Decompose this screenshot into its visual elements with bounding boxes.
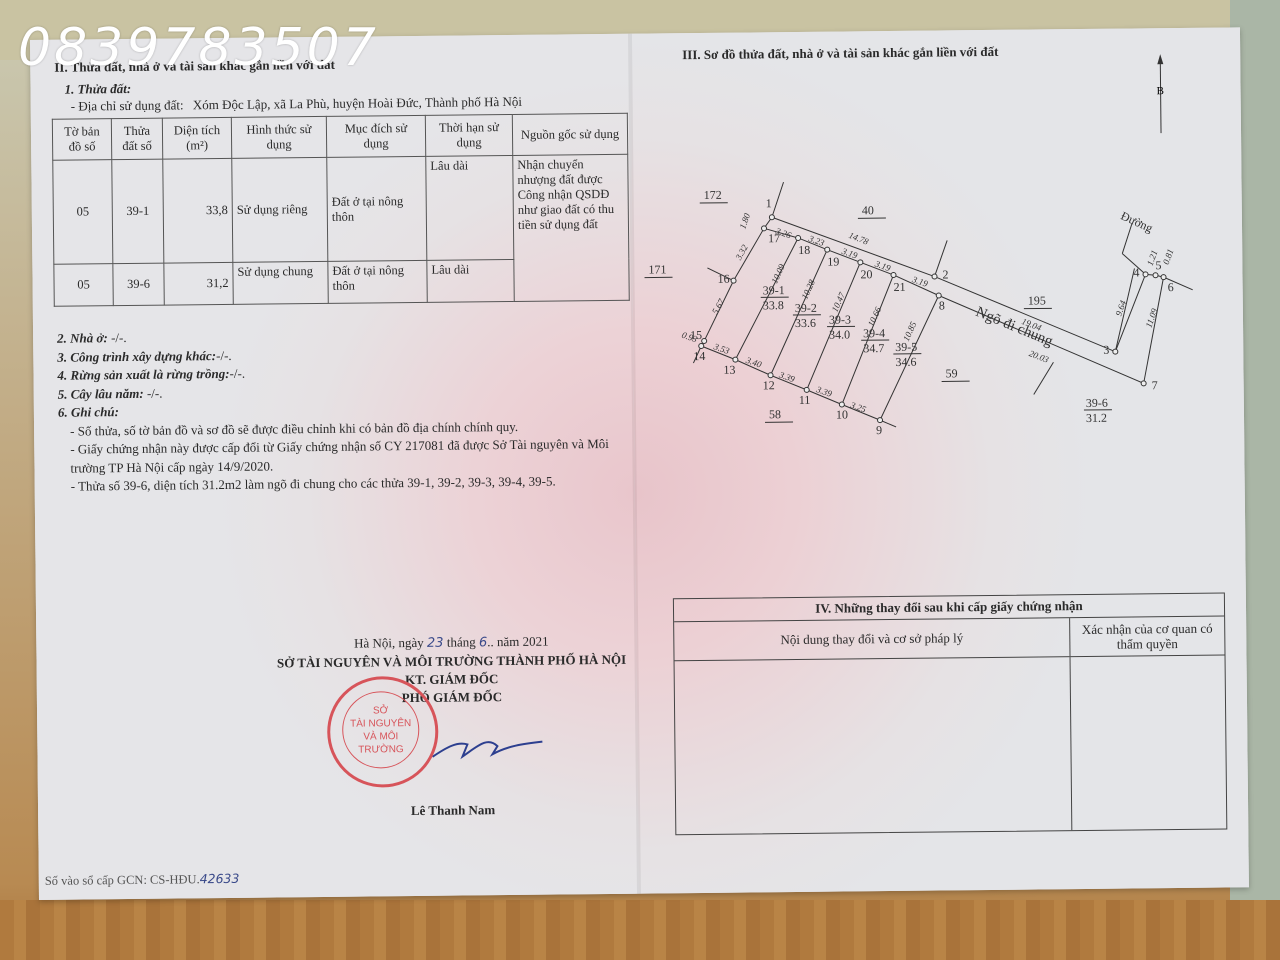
- svg-text:1.80: 1.80: [737, 212, 752, 231]
- seal-line-1: SỞ: [373, 704, 388, 717]
- cell-parcel: 39-6: [113, 263, 164, 306]
- svg-text:12: 12: [763, 378, 775, 392]
- changes-table: IV. Những thay đổi sau khi cấp giấy chứn…: [673, 593, 1227, 836]
- svg-text:2: 2: [942, 267, 948, 281]
- svg-text:3: 3: [1103, 343, 1109, 357]
- date-month-word: tháng: [447, 634, 476, 649]
- certificate-paper: II. Thửa đất, nhà ở và tài sản khác gắn …: [30, 27, 1249, 900]
- page-left: II. Thửa đất, nhà ở và tài sản khác gắn …: [30, 34, 639, 900]
- svg-text:19: 19: [827, 255, 839, 269]
- item-value: -/-.: [111, 330, 127, 345]
- parcel-diagram: B 12345678910111213141516171819202117240…: [630, 27, 1244, 453]
- svg-text:31.2: 31.2: [1086, 411, 1107, 425]
- svg-text:10.47: 10.47: [830, 290, 848, 313]
- svg-text:21: 21: [894, 280, 906, 294]
- table-header-row: Tờ bản đồ số Thửa đất số Diện tích (m²) …: [52, 113, 627, 160]
- note-2: - Giấy chứng nhận này được cấp đổi từ Gi…: [58, 435, 618, 478]
- svg-text:16: 16: [717, 272, 729, 286]
- item-label: 4. Rừng sản xuất là rừng trồng:: [57, 366, 229, 383]
- item-value: -/-.: [216, 347, 232, 362]
- agency-name: SỞ TÀI NGUYÊN VÀ MÔI TRƯỜNG THÀNH PHỐ HÀ…: [277, 652, 626, 671]
- svg-text:33.8: 33.8: [763, 298, 784, 312]
- changes-col-content: Nội dung thay đổi và cơ sở pháp lý: [674, 618, 1070, 660]
- svg-text:172: 172: [704, 188, 722, 202]
- svg-text:9: 9: [876, 423, 882, 437]
- date-year: năm 2021: [497, 634, 549, 650]
- svg-text:39-1: 39-1: [763, 283, 785, 297]
- parcel-heading: 1. Thửa đất:: [64, 81, 131, 98]
- svg-text:14.78: 14.78: [847, 230, 870, 247]
- registry-label: Số vào sổ cấp GCN: CS-HĐU.: [45, 872, 200, 888]
- page-right: III. Sơ đồ thửa đất, nhà ở và tài sản kh…: [630, 27, 1249, 893]
- svg-text:8: 8: [939, 298, 945, 312]
- svg-text:B: B: [1157, 85, 1164, 97]
- svg-text:9.64: 9.64: [1113, 299, 1128, 318]
- svg-text:13: 13: [723, 363, 735, 377]
- cell-term: Lâu dài: [427, 259, 514, 302]
- svg-text:7: 7: [1152, 378, 1158, 392]
- on-behalf: KT. GIÁM ĐỐC: [405, 671, 498, 687]
- official-seal: SỞ TÀI NGUYÊN VÀ MÔI TRƯỜNG: [327, 676, 439, 788]
- svg-text:58: 58: [769, 407, 781, 421]
- date-month: 6: [479, 635, 487, 650]
- svg-text:59: 59: [945, 366, 957, 380]
- item-label: 2. Nhà ở:: [57, 330, 108, 346]
- cell-area: 33,8: [163, 158, 233, 263]
- cell-purpose: Đất ở tại nông thôn: [327, 156, 427, 261]
- seal-line-2: TÀI NGUYÊN: [350, 717, 411, 731]
- col-form: Hình thức sử dụng: [231, 116, 326, 158]
- svg-text:3.25: 3.25: [848, 400, 868, 415]
- svg-text:6: 6: [1168, 280, 1174, 294]
- item-label: 3. Công trình xây dựng khác:: [57, 348, 216, 365]
- svg-text:14: 14: [693, 349, 705, 363]
- signature-scribble: [247, 704, 658, 803]
- background-table: [0, 900, 1280, 960]
- seal-line-3: VÀ MÔI TRƯỜNG: [343, 729, 418, 756]
- svg-text:39-2: 39-2: [795, 301, 817, 315]
- date-day: 23: [427, 636, 444, 651]
- svg-text:34.0: 34.0: [829, 327, 850, 341]
- cell-map-sheet: 05: [54, 264, 113, 307]
- svg-text:34.7: 34.7: [863, 341, 884, 355]
- col-map-sheet: Tờ bản đồ số: [52, 119, 111, 161]
- cell-parcel: 39-1: [112, 159, 164, 264]
- svg-text:20: 20: [860, 267, 872, 281]
- svg-text:0.81: 0.81: [1161, 248, 1176, 266]
- svg-text:11: 11: [799, 393, 811, 407]
- col-purpose: Mục đích sử dụng: [326, 115, 425, 157]
- cell-map-sheet: 05: [53, 160, 113, 265]
- svg-text:39-6: 39-6: [1086, 396, 1108, 410]
- cell-form: Sử dụng riêng: [232, 157, 328, 262]
- col-area: Diện tích (m²): [162, 117, 231, 159]
- svg-text:10: 10: [836, 407, 848, 421]
- item-value: -/-.: [229, 366, 245, 381]
- changes-content-cell: [675, 657, 1073, 834]
- registry-value: 42633: [200, 871, 240, 886]
- svg-text:10.28: 10.28: [799, 278, 817, 301]
- svg-text:20.03: 20.03: [1028, 348, 1051, 365]
- parcel-table: Tờ bản đồ số Thửa đất số Diện tích (m²) …: [52, 113, 630, 307]
- notes-block: 2. Nhà ở: -/-. 3. Công trình xây dựng kh…: [57, 324, 619, 496]
- svg-text:171: 171: [648, 262, 666, 276]
- north-arrow-icon: B: [1156, 54, 1164, 133]
- address-value: Xóm Độc Lập, xã La Phù, huyện Hoài Đức, …: [193, 94, 522, 112]
- svg-text:33.6: 33.6: [795, 316, 816, 330]
- date-prefix: Hà Nội, ngày: [354, 635, 424, 651]
- registry-number: Số vào sổ cấp GCN: CS-HĐU.42633: [45, 871, 240, 889]
- item-label: 5. Cây lâu năm:: [58, 385, 144, 401]
- svg-text:39-3: 39-3: [829, 312, 851, 326]
- svg-text:34.6: 34.6: [895, 355, 916, 369]
- cell-origin: Nhận chuyển nhượng đất được Công nhận QS…: [513, 154, 630, 301]
- svg-text:40: 40: [862, 203, 874, 217]
- col-term: Thời hạn sử dụng: [425, 114, 512, 156]
- svg-text:11.09: 11.09: [1144, 307, 1160, 329]
- cell-purpose: Đất ở tại nông thôn: [328, 260, 427, 303]
- svg-text:Ngõ đi chung: Ngõ đi chung: [973, 304, 1055, 350]
- changes-confirmation-cell: [1071, 656, 1227, 831]
- address-line: - Địa chỉ sử dụng đất: Xóm Độc Lập, xã L…: [71, 94, 522, 115]
- col-origin: Nguồn gốc sử dụng: [512, 113, 627, 155]
- cell-form: Sử dụng chung: [233, 261, 328, 304]
- svg-text:10.66: 10.66: [866, 305, 884, 328]
- item-value: -/-.: [147, 385, 163, 400]
- svg-text:18: 18: [798, 243, 810, 257]
- item-label: 6. Ghi chú:: [58, 404, 119, 420]
- svg-text:1: 1: [766, 196, 772, 210]
- svg-text:3.32: 3.32: [733, 242, 750, 262]
- changes-col-confirmation: Xác nhận của cơ quan có thẩm quyền: [1070, 617, 1224, 657]
- table-row: 05 39-1 33,8 Sử dụng riêng Đất ở tại nôn…: [53, 154, 629, 264]
- cell-area: 31,2: [164, 262, 233, 305]
- watermark-phone-number: 0839783507: [18, 18, 379, 78]
- svg-text:Đường: Đường: [1119, 209, 1155, 236]
- cell-term: Lâu dài: [426, 155, 514, 260]
- signature-block: Hà Nội, ngày 23 tháng 6.. năm 2021 SỞ TÀ…: [246, 631, 658, 821]
- signer-name: Lê Thanh Nam: [411, 802, 495, 818]
- col-parcel: Thửa đất số: [111, 118, 162, 160]
- svg-text:195: 195: [1028, 293, 1046, 307]
- svg-text:4: 4: [1133, 265, 1139, 279]
- address-label: - Địa chỉ sử dụng đất:: [71, 97, 184, 113]
